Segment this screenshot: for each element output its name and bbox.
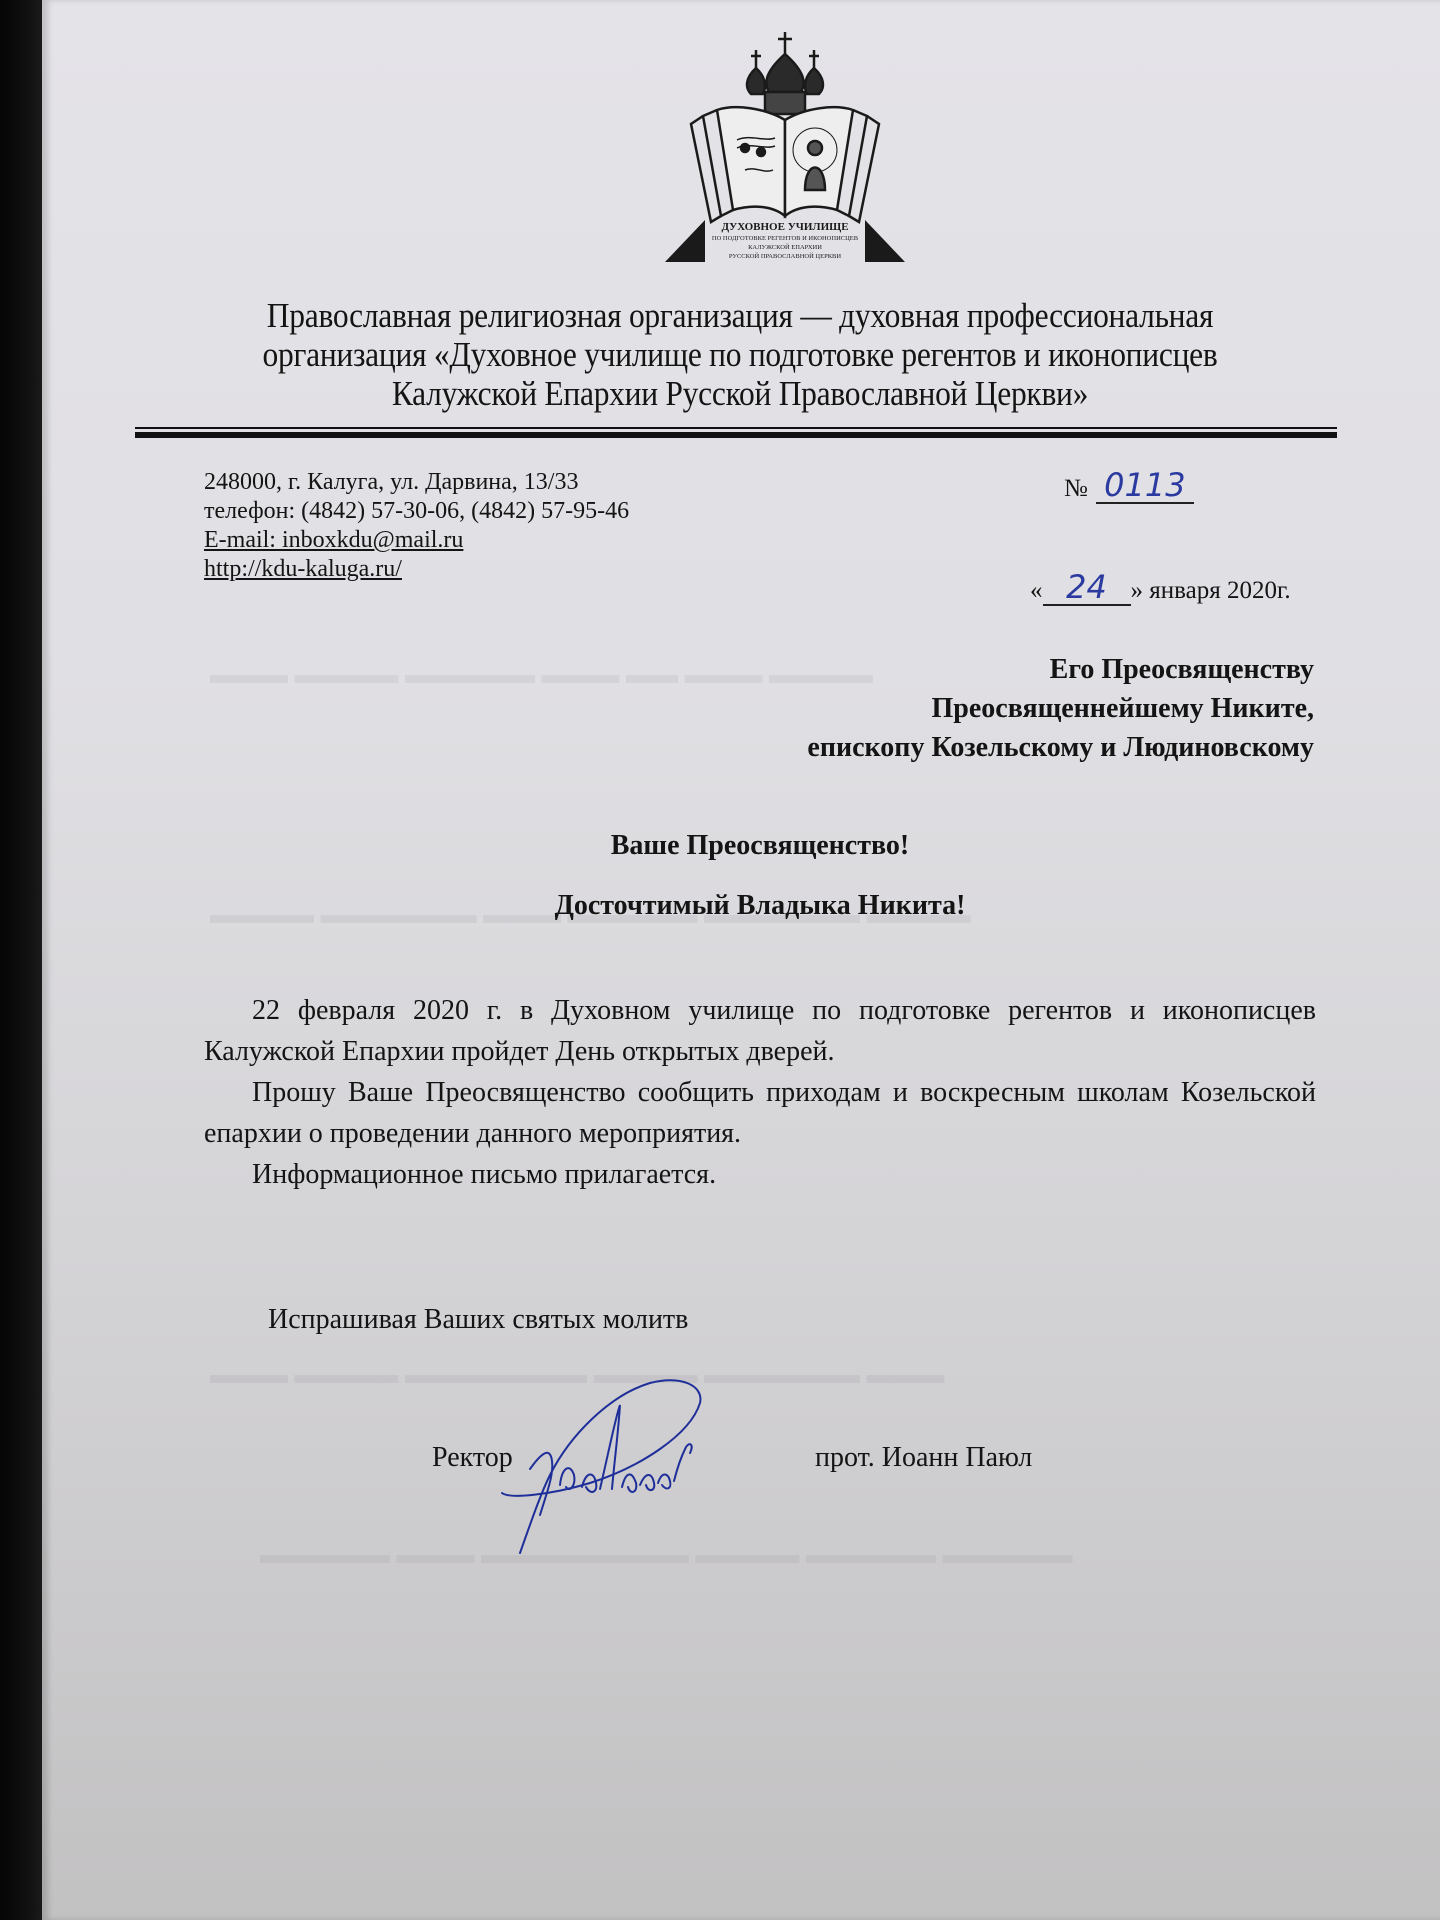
number-sign: № [1064, 475, 1088, 502]
closing-phrase: Испрашивая Ваших святых молитв [268, 1304, 688, 1336]
salutation-name: Досточтимый Владыка Никита! [400, 890, 1120, 922]
address: 248000, г. Калуга, ул. Дарвина, 13/33 [204, 468, 629, 497]
email-link[interactable]: E-mail: inboxkdu@mail.ru [204, 526, 629, 555]
org-title-line: Православная религиозная организация — д… [191, 296, 1289, 335]
addressee-line: Преосвященнейшему Никите, [807, 689, 1314, 728]
salutation-title: Ваше Преосвященство! [400, 830, 1120, 862]
signatory-name: прот. Иоанн Паюл [815, 1442, 1032, 1474]
body-paragraph: Информационное письмо прилагается. [204, 1154, 1316, 1195]
org-title-line: Калужской Епархии Русской Православной Ц… [191, 374, 1289, 413]
website-link[interactable]: http://kdu-kaluga.ru/ [204, 555, 629, 584]
handwritten-signature [490, 1375, 750, 1565]
org-title-line: организация «Духовное училище по подгото… [191, 335, 1289, 374]
body-paragraph: Прошу Ваше Преосвященство сообщить прихо… [204, 1072, 1316, 1154]
letter-date: «24» января 2020г. [1030, 570, 1291, 606]
header-divider-thick [135, 432, 1337, 438]
svg-text:КАЛУЖСКОЙ ЕПАРХИИ: КАЛУЖСКОЙ ЕПАРХИИ [748, 243, 822, 251]
addressee-block: Его Преосвященству Преосвященнейшему Ник… [807, 650, 1314, 767]
phone: телефон: (4842) 57-30-06, (4842) 57-95-4… [204, 497, 629, 526]
date-month-year: » января 2020г. [1131, 577, 1291, 604]
addressee-line: Его Преосвященству [807, 650, 1314, 689]
school-emblem-logo: ДУХОВНОЕ УЧИЛИЩЕ ПО ПОДГОТОВКЕ РЕГЕНТОВ … [655, 30, 915, 265]
letter-page [42, 0, 1440, 1920]
organization-title: Православная религиозная организация — д… [191, 296, 1289, 413]
registration-number: №0113 [1064, 468, 1194, 504]
header-divider-thin [135, 427, 1337, 429]
handwritten-number: 0113 [1096, 468, 1194, 504]
show-through-text: ▬▬▬ ▬▬▬▬ ▬▬▬▬▬ ▬▬▬ ▬▬ ▬▬▬ ▬▬▬▬ [210, 660, 873, 690]
date-open-quote: « [1030, 577, 1043, 604]
letter-body: 22 февраля 2020 г. в Духовном училище по… [204, 990, 1316, 1195]
svg-text:ПО ПОДГОТОВКЕ РЕГЕНТОВ И ИКОНО: ПО ПОДГОТОВКЕ РЕГЕНТОВ И ИКОНОПИСЦЕВ [712, 235, 859, 242]
contact-block: 248000, г. Калуга, ул. Дарвина, 13/33 те… [204, 468, 629, 584]
svg-text:ДУХОВНОЕ УЧИЛИЩЕ: ДУХОВНОЕ УЧИЛИЩЕ [721, 221, 848, 233]
handwritten-day: 24 [1043, 570, 1131, 606]
binder-edge [0, 0, 42, 1920]
addressee-line: епископу Козельскому и Людиновскому [807, 728, 1314, 767]
svg-text:РУССКОЙ ПРАВОСЛАВНОЙ ЦЕРКВИ: РУССКОЙ ПРАВОСЛАВНОЙ ЦЕРКВИ [729, 252, 841, 260]
body-paragraph: 22 февраля 2020 г. в Духовном училище по… [204, 990, 1316, 1072]
